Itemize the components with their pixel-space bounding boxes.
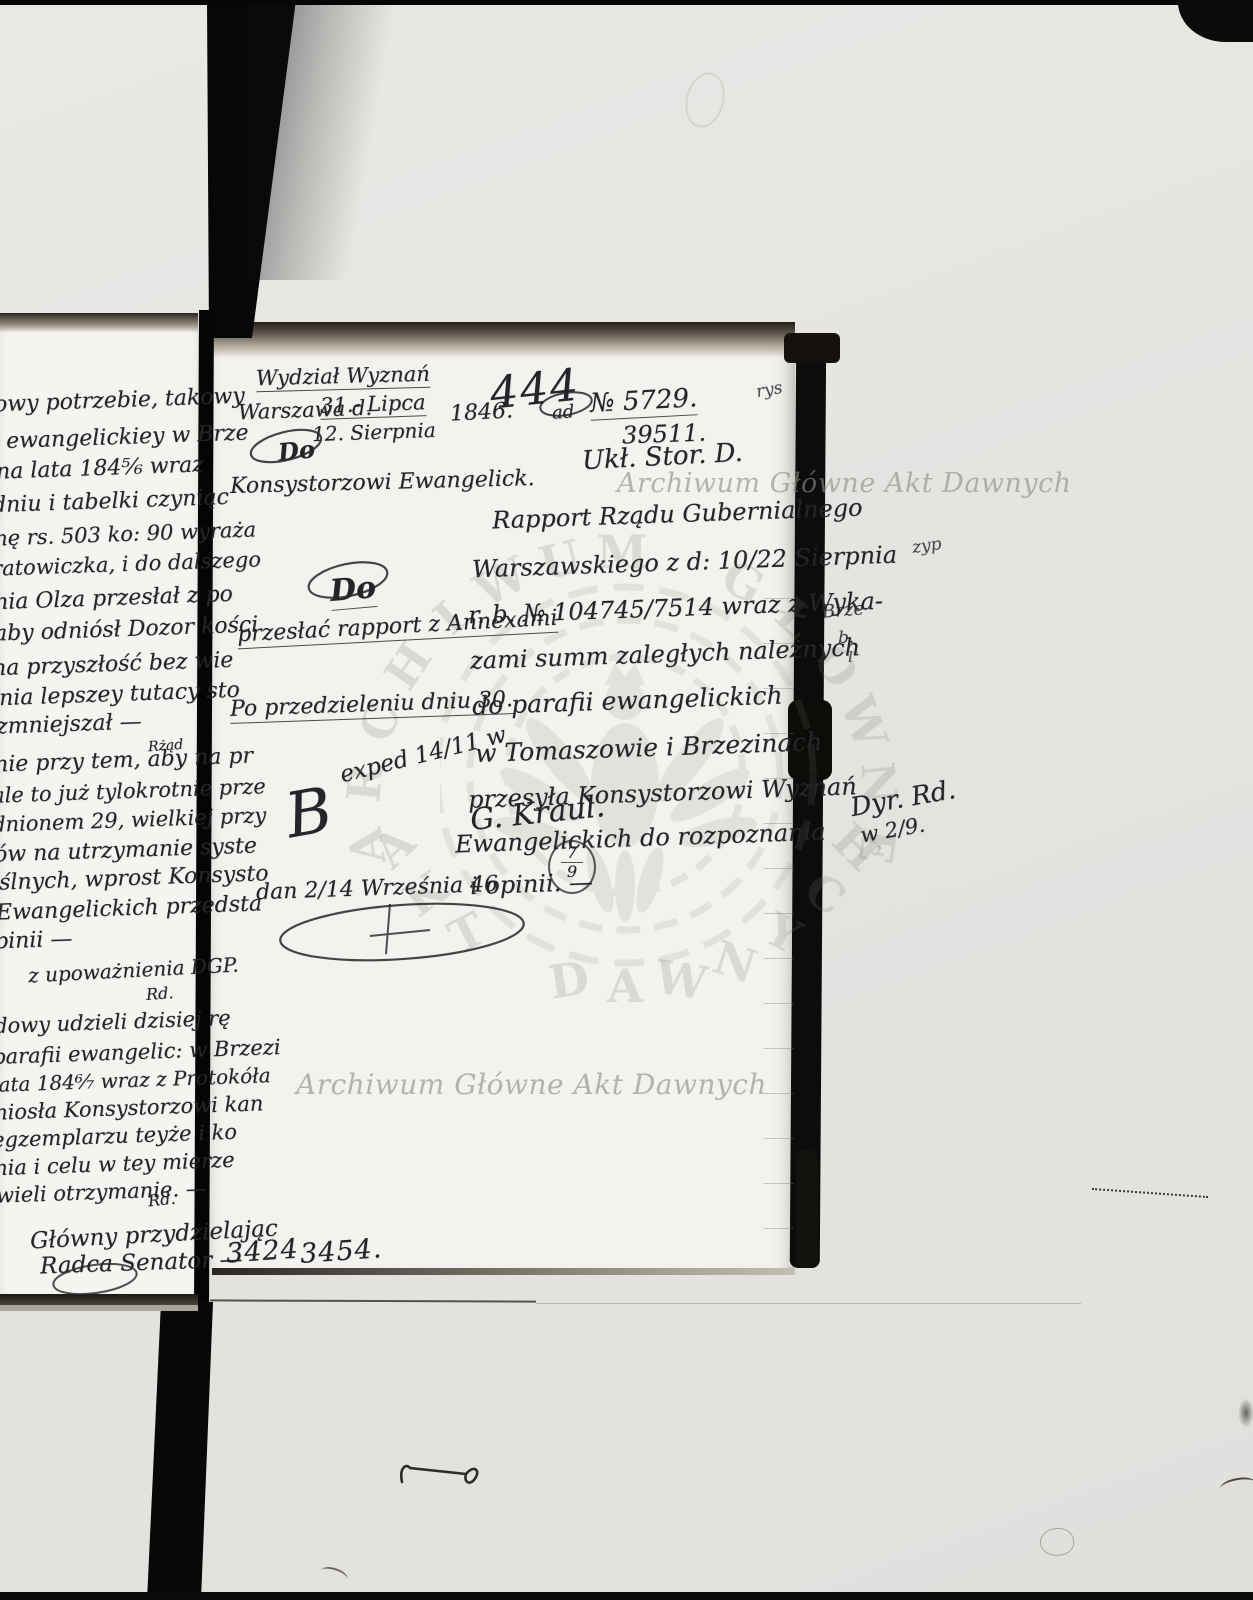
faint-loop-mark (1037, 1525, 1076, 1559)
signature-flourish (40, 1258, 150, 1300)
edge-grime (784, 333, 840, 363)
film-wedge-shadow (248, 0, 418, 280)
left-page-bottom-edge-band (0, 1305, 198, 1311)
fraction-bottom: 9 (550, 863, 594, 881)
handwriting-line: pinii — (0, 927, 73, 955)
do-header: Do (277, 434, 317, 467)
archival-scan: ARCHIWUM GŁÓWNE AKT DAWNYCH owy potrzebi… (0, 0, 1253, 1600)
big-oval-flourish (270, 896, 540, 970)
edge-smudge (1238, 1398, 1253, 1428)
do-mid: Do (328, 570, 377, 611)
ref-number: № 5729. (589, 383, 698, 421)
scratch-line-faint (536, 1303, 1081, 1304)
fraction-oval: 7 9 (548, 840, 596, 894)
margin-fragment: zyp (911, 534, 943, 558)
film-top-strip (0, 0, 1253, 5)
center-page-bottom-edge (212, 1268, 795, 1275)
page-number-1: 3424 (225, 1234, 300, 1270)
margin-fragment: Brze (821, 598, 865, 623)
fraction-top: 7 (561, 842, 583, 863)
left-page-top-edge (0, 313, 198, 333)
handwriting-note: Rd. (145, 983, 174, 1004)
handwriting-line: zmniejszał — (0, 709, 142, 739)
dust-streak (1092, 1188, 1208, 1198)
date-top: 31.- Lipca (320, 390, 426, 420)
edge-grime (796, 1150, 818, 1268)
bottom-gutter-bar (0, 1302, 260, 1600)
film-wedge (0, 0, 1253, 340)
dept-heading: Wydział Wyznań (256, 362, 430, 393)
faint-curve-mark (319, 1564, 350, 1586)
handwriting-note: Rd. (147, 1189, 176, 1211)
film-bottom-strip (0, 1592, 1253, 1600)
stray-ink-mark (394, 1456, 490, 1490)
ad-label: ad (551, 401, 575, 424)
curve-scratch (1219, 1475, 1253, 1497)
archive-watermark-bottom: Archiwum Główne Akt Dawnych (296, 1068, 767, 1101)
margin-fragment: l’ (848, 648, 858, 666)
ghost-emboss-ring (680, 68, 730, 132)
margin-fragment: b. (838, 628, 854, 648)
archive-watermark-top: Archiwum Główne Akt Dawnych (617, 468, 1072, 499)
center-page-top-edge (212, 322, 795, 358)
page-number-2: 3454. (299, 1233, 383, 1270)
film-corner-blob (1178, 0, 1253, 42)
dust-specks (0, 0, 2, 2)
scratch-line (210, 1299, 536, 1302)
